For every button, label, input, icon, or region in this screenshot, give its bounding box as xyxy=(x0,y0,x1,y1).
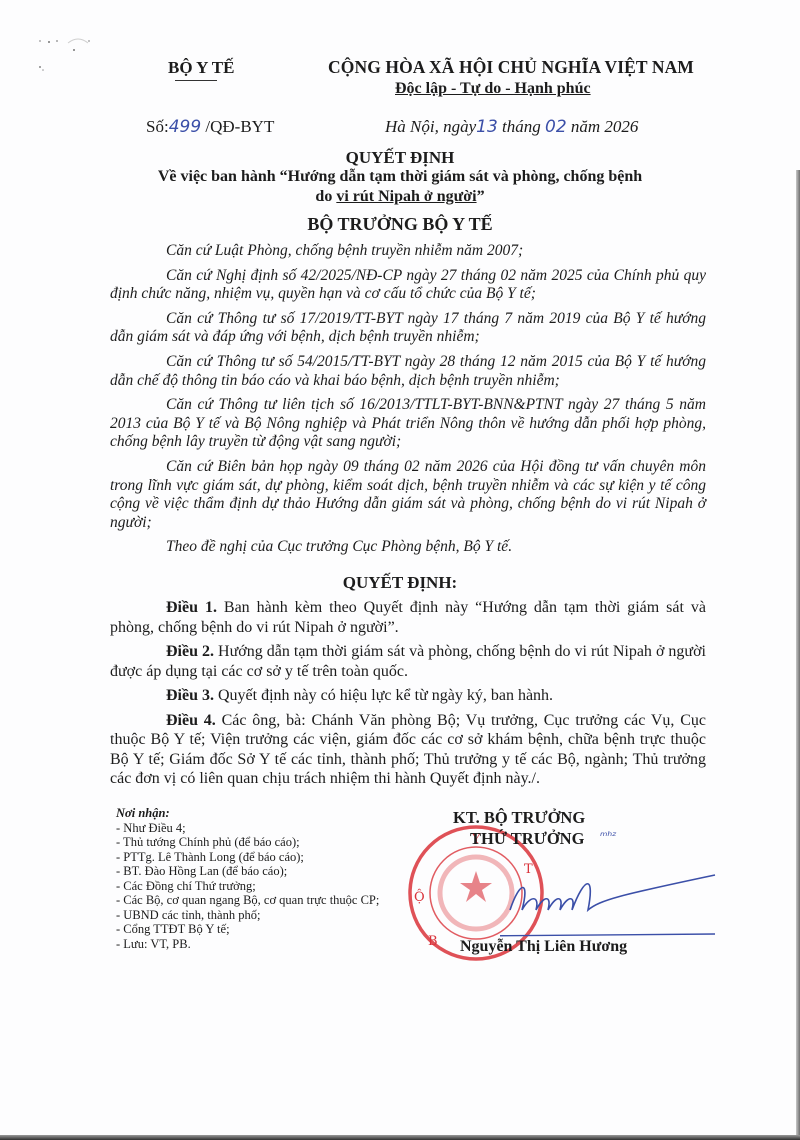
article-label: Điều 3. xyxy=(166,687,214,704)
recipients-heading: Nơi nhận: xyxy=(116,806,379,821)
recipient-item: - Cổng TTĐT Bộ Y tế; xyxy=(116,922,379,937)
date-month: 02 xyxy=(545,117,567,137)
recipient-item: - UBND các tỉnh, thành phố; xyxy=(116,908,379,923)
doc-number-handwritten: 499 xyxy=(169,117,201,137)
scan-specks xyxy=(30,25,100,80)
scanned-document-page: BỘ Y TẾ CỘNG HÒA XÃ HỘI CHỦ NGHĨA VIỆT N… xyxy=(0,0,800,1140)
subject-line-1: Về việc ban hành “Hướng dẫn tạm thời giá… xyxy=(0,168,800,186)
recipient-item: - Các Bộ, cơ quan ngang Bộ, cơ quan trực… xyxy=(116,893,379,908)
legal-basis-item: Căn cứ Luật Phòng, chống bệnh truyền nhi… xyxy=(110,242,706,261)
articles-section: Điều 1. Ban hành kèm theo Quyết định này… xyxy=(110,598,706,794)
document-number: Số:499 /QĐ-BYT xyxy=(146,117,274,137)
stamp-letter-left: Ộ xyxy=(414,889,425,905)
date-day: 13 xyxy=(476,117,498,137)
legal-basis-item: Căn cứ Thông tư liên tịch số 16/2013/TTL… xyxy=(110,396,706,452)
recipients-block: Nơi nhận: - Như Điều 4;- Thủ tướng Chính… xyxy=(116,806,379,951)
legal-basis-item: Theo đề nghị của Cục trưởng Cục Phòng bệ… xyxy=(110,538,706,557)
doc-number-suffix: /QĐ-BYT xyxy=(205,117,274,136)
recipient-item: - Như Điều 4; xyxy=(116,821,379,836)
document-type-title: QUYẾT ĐỊNH xyxy=(0,148,800,168)
doc-number-prefix: Số: xyxy=(146,117,169,136)
signature-role-line-2: THỨ TRƯỞNG xyxy=(470,829,584,849)
subject-line-2: do vi rút Nipah ở người” xyxy=(0,188,800,206)
year-label: năm 2026 xyxy=(571,117,639,136)
recipient-item: - Lưu: VT, PB. xyxy=(116,937,379,952)
place-prefix: Hà Nội, ngày xyxy=(385,117,476,136)
handwritten-initials: ᵐʰᶻ xyxy=(600,829,617,843)
signer-name: Nguyễn Thị Liên Hương xyxy=(460,938,627,956)
signature-role-line-1: KT. BỘ TRƯỞNG xyxy=(453,808,585,828)
article-item: Điều 1. Ban hành kèm theo Quyết định này… xyxy=(110,598,706,637)
month-label: tháng xyxy=(502,117,541,136)
decision-heading: QUYẾT ĐỊNH: xyxy=(0,573,800,593)
subject-underlined: vi rút Nipah ở người xyxy=(336,188,476,205)
legal-basis-section: Căn cứ Luật Phòng, chống bệnh truyền nhi… xyxy=(110,242,706,563)
legal-basis-item: Căn cứ Biên bản họp ngày 09 tháng 02 năm… xyxy=(110,458,706,532)
stamp-letter-bottom: B xyxy=(428,934,438,949)
scan-edge-bottom xyxy=(0,1135,800,1140)
article-label: Điều 1. xyxy=(166,599,217,616)
recipient-item: - BT. Đào Hồng Lan (để báo cáo); xyxy=(116,864,379,879)
recipient-item: - Thủ tướng Chính phủ (để báo cáo); xyxy=(116,835,379,850)
article-label: Điều 4. xyxy=(166,712,216,729)
article-item: Điều 2. Hướng dẫn tạm thời giám sát và p… xyxy=(110,642,706,681)
issuing-organization: BỘ Y TẾ xyxy=(168,58,234,78)
place-and-date: Hà Nội, ngày13 tháng 02 năm 2026 xyxy=(385,117,638,137)
recipient-item: - Các Đồng chí Thứ trưởng; xyxy=(116,879,379,894)
article-item: Điều 4. Các ông, bà: Chánh Văn phòng Bộ;… xyxy=(110,711,706,789)
scan-edge-right xyxy=(796,170,800,1140)
country-name: CỘNG HÒA XÃ HỘI CHỦ NGHĨA VIỆT NAM xyxy=(328,57,694,78)
issuing-authority: BỘ TRƯỞNG BỘ Y TẾ xyxy=(0,214,800,235)
org-underline xyxy=(175,80,217,81)
legal-basis-item: Căn cứ Thông tư số 17/2019/TT-BYT ngày 1… xyxy=(110,310,706,347)
legal-basis-item: Căn cứ Nghị định số 42/2025/NĐ-CP ngày 2… xyxy=(110,267,706,304)
legal-basis-item: Căn cứ Thông tư số 54/2015/TT-BYT ngày 2… xyxy=(110,353,706,390)
recipient-item: - PTTg. Lê Thành Long (để báo cáo); xyxy=(116,850,379,865)
subject-pre: do xyxy=(315,188,336,205)
subject-post: ” xyxy=(477,188,485,205)
national-motto: Độc lập - Tự do - Hạnh phúc xyxy=(395,80,591,98)
article-label: Điều 2. xyxy=(166,643,214,660)
handwritten-signature xyxy=(500,870,720,940)
article-text: Quyết định này có hiệu lực kể từ ngày ký… xyxy=(214,687,553,704)
article-item: Điều 3. Quyết định này có hiệu lực kể từ… xyxy=(110,686,706,706)
